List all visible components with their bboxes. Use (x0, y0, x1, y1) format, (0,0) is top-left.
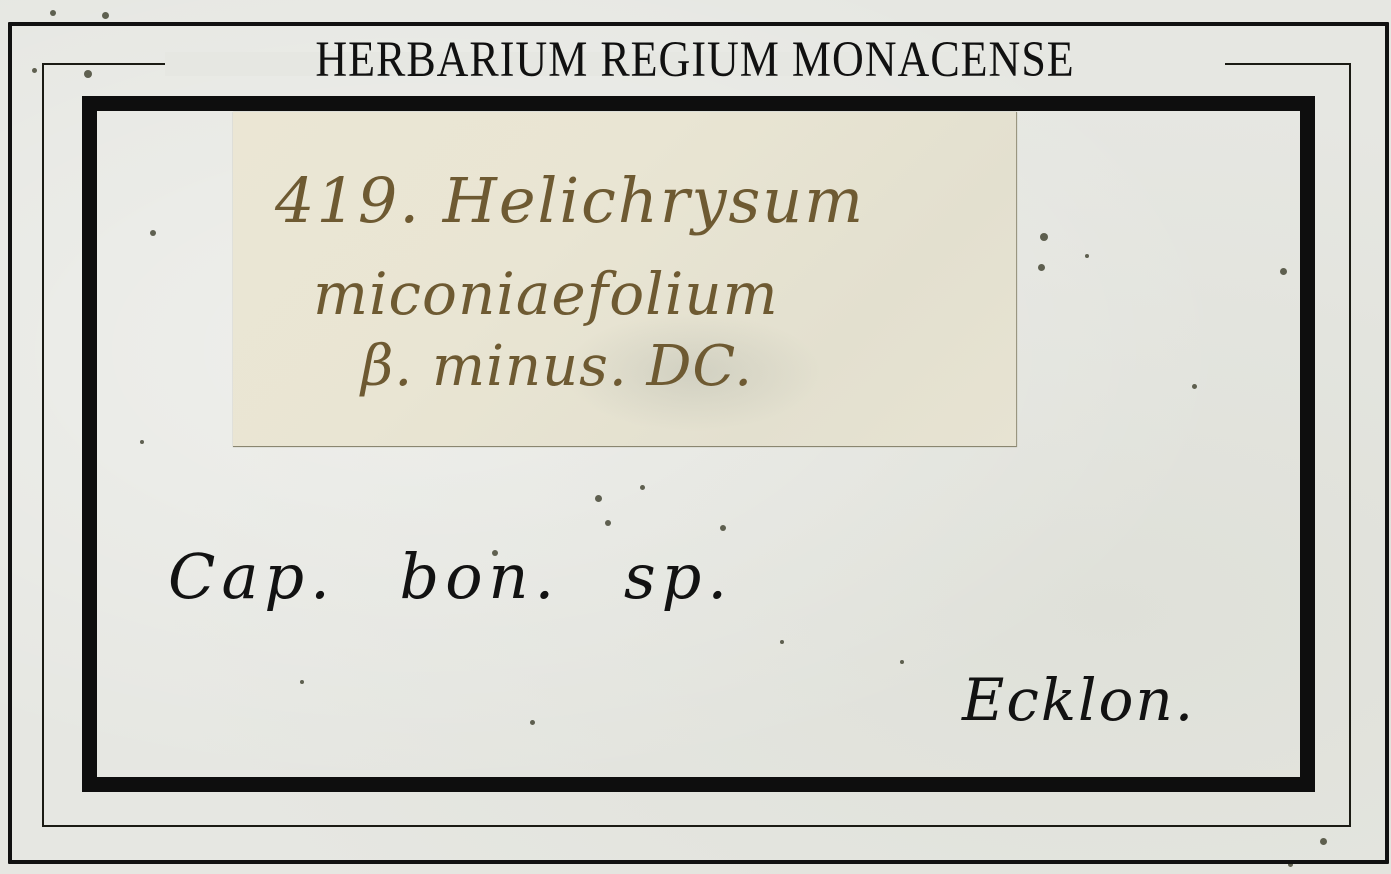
herbarium-header: HERBARIUM REGIUM MONACENSE (170, 26, 1220, 95)
herbarium-sheet: HERBARIUM REGIUM MONACENSE 419. Helichry… (0, 0, 1391, 874)
foxing-spot (50, 10, 56, 16)
foxing-spot (102, 12, 109, 19)
collector-signature: Ecklon. (962, 666, 1195, 734)
slip-species-number-genus: 419. Helichrysum (275, 164, 865, 237)
specimen-slip: 419. Helichrysum miconiaefolium β. minus… (233, 112, 1017, 447)
slip-epithet: miconiaefolium (313, 260, 779, 328)
locality-text: Cap. bon. sp. (168, 540, 733, 613)
slip-variety-author: β. minus. DC. (361, 334, 753, 399)
